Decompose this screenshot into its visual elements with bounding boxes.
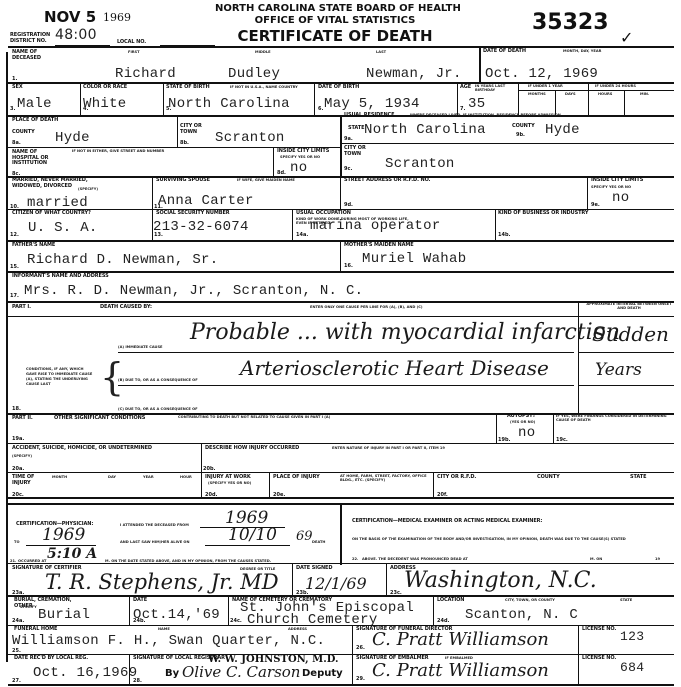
office-name: OFFICE OF VITAL STATISTICS [215, 15, 455, 26]
time-of-injury-label: Time of Injury [12, 475, 40, 486]
check-mark-icon: ✓ [620, 28, 633, 47]
deceased-middle-name: Dudley [228, 66, 280, 82]
interval-a-value: Sudden [592, 322, 669, 346]
interval-label: Approximate interval between onset and d… [586, 302, 672, 310]
last-saw-alive-value: 10/10 [228, 525, 277, 545]
business-label: Kind of Business or Industry [498, 211, 588, 217]
registration-district-label: Registration District No. [10, 33, 60, 44]
medical-examiner-label: Certification—Medical Examiner or Acting… [352, 519, 542, 525]
informant-label: Informant's Name and Address [12, 274, 109, 280]
residence-county-label: County [512, 124, 535, 130]
ssn-value: 213-32-6074 [153, 219, 249, 235]
death-occurred-time: 5:10 A [47, 546, 97, 562]
sex-label: Sex [12, 85, 23, 91]
certifier-signature: T. R. Stephens, Jr. MD [45, 570, 279, 594]
inside-city-limits-label: Inside City Limits [277, 149, 337, 155]
license-2-label: License No. [582, 656, 616, 662]
date-of-death-label: Date of Death [483, 49, 526, 55]
first-name-label: First [128, 50, 140, 54]
funeral-director-signature: C. Pratt Williamson [372, 629, 549, 650]
name-of-deceased-label: Name of Deceased [12, 50, 42, 61]
certificate-number: 35323 [532, 10, 609, 35]
license-1-label: License No. [582, 627, 616, 633]
findings-label: If yes, were findings considered in dete… [556, 414, 674, 422]
last-name-label: Last [376, 50, 386, 54]
hospital-label: Name of Hospital or Institution [12, 150, 62, 167]
registrar-signature: Olive C. Carson [182, 663, 300, 681]
injury-at-work-label: Injury at Work [205, 475, 251, 481]
burial-date-value: Oct.14,'69 [133, 607, 220, 623]
residence-city: Scranton [385, 156, 455, 172]
autopsy-value: no [518, 425, 535, 441]
date-of-birth-value: May 5, 1934 [324, 96, 420, 112]
embalmer-signature: C. Pratt Williamson [372, 660, 549, 681]
residence-state-label: State [348, 126, 364, 132]
street-address-label: Street Address or R.F.D. No. [344, 178, 430, 184]
certifier-address-value: Washington, N.C. [404, 568, 597, 593]
funeral-home-label: Funeral Home [14, 627, 57, 633]
funeral-home-value: Williamson F. H., Swan Quarter, N.C. [12, 633, 325, 649]
accident-label: Accident, Suicide, Homicide, or Undeterm… [12, 446, 152, 452]
date-signed-value: 12/1/69 [305, 574, 367, 593]
due-to-b-value: Arteriosclerotic Heart Disease [240, 356, 549, 380]
age-label: Age [460, 85, 471, 91]
burial-date-label: Date [133, 598, 147, 604]
injury-state-label: State [630, 475, 646, 481]
immediate-cause-value: Probable ... with myocardial infarction [190, 320, 620, 345]
usual-occupation-label: Usual Occupation [296, 211, 351, 217]
county-label: County [12, 130, 35, 136]
describe-injury-label: Describe How Injury Occurred [205, 446, 299, 452]
death-caused-by-label: Death Caused By: [100, 305, 152, 311]
injury-city-label: City or R.F.D. [437, 475, 476, 481]
part-1-label: Part I. [12, 305, 31, 311]
registration-district-value: 48:00 [55, 27, 97, 43]
burial-value: Burial [38, 607, 90, 623]
residence-city-label: City or Town [344, 146, 369, 157]
usual-occupation-value: marina operator [310, 218, 441, 234]
deceased-first-name: Richard [115, 66, 176, 82]
city-or-town-label: City or Town [180, 124, 210, 135]
place-of-death-label: Place of Death [12, 118, 58, 124]
color-race-label: Color or Race [83, 85, 127, 91]
conditions-label: Conditions, if any, which gave rise to i… [26, 367, 94, 387]
place-of-death-county: Hyde [55, 130, 90, 146]
autopsy-label: Autopsy? [507, 414, 535, 420]
license-1-value: 123 [620, 629, 644, 644]
residence-inside-city: no [612, 190, 629, 206]
certificate-title: CERTIFICATE OF DEATH [215, 27, 455, 45]
mother-maiden-name-value: Muriel Wahab [362, 251, 466, 267]
brace-icon: { [100, 355, 124, 399]
date-of-death: Oct. 12, 1969 [485, 66, 598, 82]
ssn-label: Social Security Number [156, 211, 230, 217]
attended-to-value: 1969 [42, 525, 85, 545]
date-received-label: Date Rec'd by Local Reg. [14, 656, 88, 662]
residence-inside-city-label: Inside City Limits [591, 178, 643, 184]
mother-maiden-name-label: Mother's Maiden Name [344, 243, 414, 249]
injury-county-label: County [537, 475, 560, 481]
license-2-value: 684 [620, 660, 644, 675]
date-received-value: Oct. 16,1969 [33, 665, 137, 681]
board-name: NORTH CAROLINA STATE BOARD OF HEALTH [215, 3, 455, 14]
age-value: 35 [468, 96, 485, 112]
citizen-label: Citizen of What Country? [12, 211, 91, 217]
state-of-birth-label: State of Birth [166, 85, 210, 91]
surviving-spouse-value: Anna Carter [158, 193, 254, 209]
sex-value: Male [17, 96, 52, 112]
received-stamp-date: NOV 5 [44, 8, 96, 26]
interval-b-value: Years [595, 360, 642, 380]
surviving-spouse-label: Surviving Spouse [156, 178, 210, 184]
local-no-label: Local No. [117, 40, 146, 46]
residence-state: North Carolina [364, 122, 486, 138]
date-of-birth-label: Date of Birth [318, 85, 359, 91]
color-race-value: White [83, 96, 127, 112]
citizen-value: U. S. A. [28, 220, 98, 236]
father-name-value: Richard D. Newman, Sr. [27, 252, 218, 268]
residence-county: Hyde [545, 122, 580, 138]
place-of-death-city: Scranton [215, 130, 285, 146]
informant-value: Mrs. R. D. Newman, Jr., Scranton, N. C. [24, 283, 363, 299]
place-of-injury-label: Place of Injury [273, 475, 320, 481]
part-2-label: Part II. [12, 416, 33, 422]
date-signed-label: Date Signed [296, 566, 332, 572]
deceased-last-name: Newman, Jr. [366, 66, 462, 82]
place-of-death-inside-city: no [290, 160, 307, 176]
received-stamp-year: 1969 [103, 11, 131, 24]
location-value: Scanton, N. C [465, 607, 578, 623]
father-name-label: Father's Name [12, 243, 55, 249]
usual-residence-label: Usual Residence [344, 113, 394, 119]
middle-name-label: Middle [255, 50, 271, 54]
location-label: Location [437, 598, 464, 604]
other-conditions-label: Other Significant Conditions [54, 416, 145, 422]
state-of-birth-value: North Carolina [168, 96, 290, 112]
